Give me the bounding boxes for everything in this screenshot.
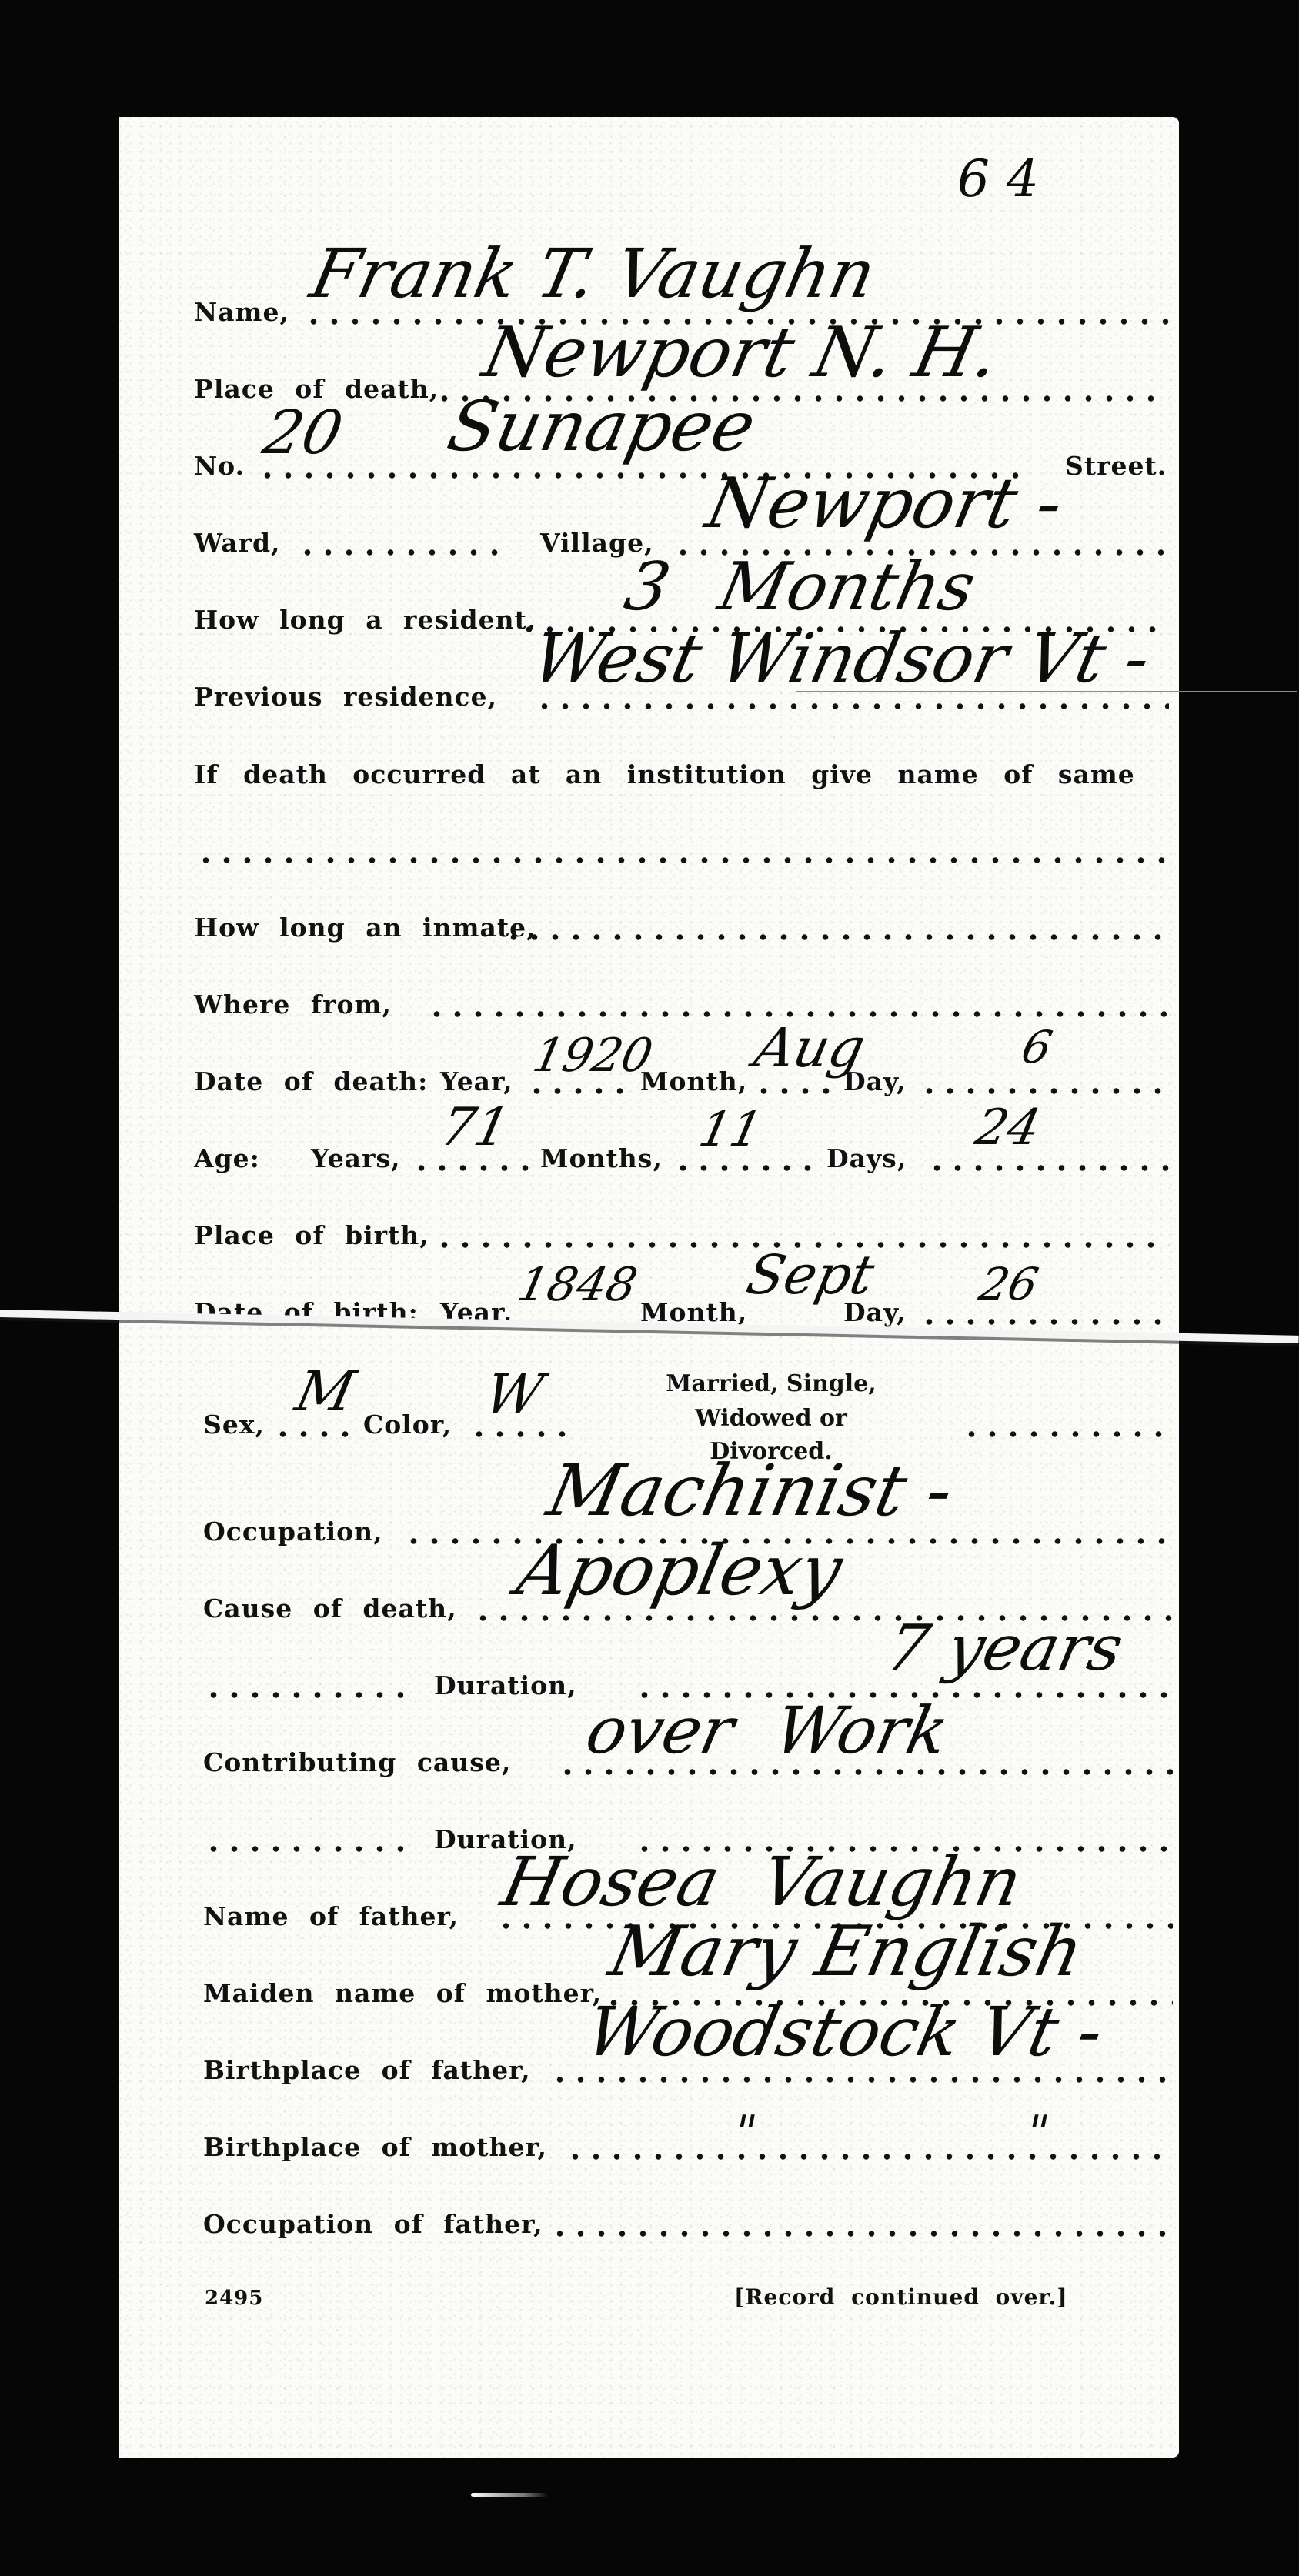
occupation-value: Machinist -	[542, 1456, 959, 1527]
marital-status-label-line2: Widowed or	[617, 1407, 925, 1430]
cause-of-death-value: Apoplexy	[511, 1537, 847, 1606]
sex-dotted-line	[272, 1431, 357, 1437]
age-days-label: Days,	[826, 1146, 907, 1171]
age-months-value: 11	[695, 1106, 766, 1153]
name-of-father-label: Name of father,	[203, 1904, 459, 1929]
contributing-duration-leading-dots	[203, 1846, 403, 1852]
name-value: Frank T. Vaughn	[306, 240, 881, 308]
ward-label: Ward,	[194, 530, 281, 556]
cause-duration-leading-dots	[203, 1692, 403, 1698]
how-long-inmate-label: How long an inmate,	[194, 915, 536, 940]
death-day-value: 6	[1018, 1025, 1056, 1069]
birthplace-mother-dotted-line	[565, 2154, 1173, 2160]
age-years-value: 71	[436, 1102, 514, 1154]
birth-day-value: 26	[976, 1262, 1042, 1306]
birth-year-value: 1848	[514, 1262, 641, 1308]
age-years-label: Years,	[311, 1146, 401, 1171]
birthplace-father-value: Woodstock Vt -	[581, 1998, 1109, 2066]
age-years-dotted-line	[411, 1165, 534, 1171]
institution-label: If death occurred at an institution give…	[194, 762, 1135, 787]
occupation-father-label: Occupation of father,	[203, 2211, 543, 2237]
death-year-value: 1920	[529, 1033, 656, 1079]
paper-crease-line	[796, 691, 1297, 692]
maiden-name-mother-value: Mary English	[603, 1917, 1088, 1987]
street-number-value: 20	[259, 403, 348, 463]
death-year-dotted-line	[526, 1088, 626, 1094]
contributing-cause-dotted-line	[557, 1769, 1173, 1775]
color-dotted-line	[469, 1431, 569, 1437]
date-of-death-label: Date of death:	[194, 1069, 428, 1094]
street-number-label: No.	[194, 453, 245, 479]
occupation-label: Occupation,	[203, 1519, 383, 1544]
form-number: 2495	[205, 2288, 263, 2308]
light-glint	[471, 2493, 548, 2497]
birth-month-value: Sept	[743, 1248, 879, 1302]
record-continued-note: [Record continued over.]	[734, 2287, 1068, 2308]
birth-month-label: Month,	[640, 1300, 747, 1325]
death-day-dotted-line	[919, 1088, 1169, 1094]
age-days-value: 24	[971, 1103, 1044, 1153]
cause-duration-value: 7 years	[881, 1617, 1128, 1680]
death-record-card: 64 Name, Frank T. Vaughn Place of death,…	[119, 117, 1179, 2458]
place-of-birth-label: Place of birth,	[194, 1223, 429, 1248]
page-number: 64	[957, 154, 1056, 205]
death-month-dotted-line	[753, 1088, 830, 1094]
street-suffix-label: Street.	[1065, 453, 1167, 479]
name-of-father-value: Hosea Vaughn	[496, 1848, 1027, 1916]
how-long-resident-label: How long a resident,	[194, 607, 536, 632]
birthplace-mother-ditto-1: "	[730, 2110, 760, 2156]
birthplace-father-label: Birthplace of father,	[203, 2057, 531, 2083]
death-month-label: Month,	[640, 1069, 747, 1094]
where-from-label: Where from,	[194, 992, 392, 1017]
age-label: Age:	[194, 1146, 260, 1171]
age-months-dotted-line	[673, 1165, 819, 1171]
birth-day-dotted-line	[919, 1319, 1169, 1325]
cause-duration-label: Duration,	[434, 1673, 577, 1698]
birthplace-father-dotted-line	[549, 2077, 1173, 2083]
death-day-label: Day,	[843, 1069, 907, 1094]
color-value: W	[481, 1367, 548, 1421]
contributing-cause-label: Contributing cause,	[203, 1750, 511, 1775]
age-months-label: Months,	[540, 1146, 663, 1171]
street-name-value: Sunapee	[442, 392, 761, 462]
village-value: Newport -	[700, 469, 1068, 539]
previous-residence-label: Previous residence,	[194, 684, 497, 709]
occupation-father-dotted-line	[549, 2231, 1173, 2237]
birthplace-mother-label: Birthplace of mother,	[203, 2134, 547, 2160]
name-label: Name,	[194, 299, 289, 325]
how-long-inmate-dotted-line	[503, 934, 1169, 940]
sex-label: Sex,	[203, 1412, 265, 1437]
previous-residence-value: West Windsor Vt -	[527, 625, 1156, 692]
death-year-label: Year,	[440, 1069, 513, 1094]
cause-of-death-label: Cause of death,	[203, 1596, 457, 1621]
ward-dotted-line	[297, 549, 506, 556]
maiden-name-mother-label: Maiden name of mother,	[203, 1980, 602, 2006]
age-days-dotted-line	[927, 1165, 1169, 1171]
marital-status-dotted-line	[961, 1431, 1169, 1437]
marital-status-label-line1: Married, Single,	[617, 1373, 925, 1396]
institution-dotted-line	[195, 857, 1169, 863]
how-long-resident-value: 3 Months	[619, 554, 981, 620]
birth-day-label: Day,	[843, 1300, 907, 1325]
previous-residence-dotted-line	[534, 703, 1169, 709]
birthplace-mother-ditto-2: "	[1022, 2110, 1053, 2156]
place-of-death-value: Newport N. H.	[477, 319, 1004, 388]
sex-value: M	[291, 1363, 359, 1419]
color-label: Color,	[363, 1412, 452, 1437]
contributing-cause-value: over Work	[581, 1698, 954, 1763]
